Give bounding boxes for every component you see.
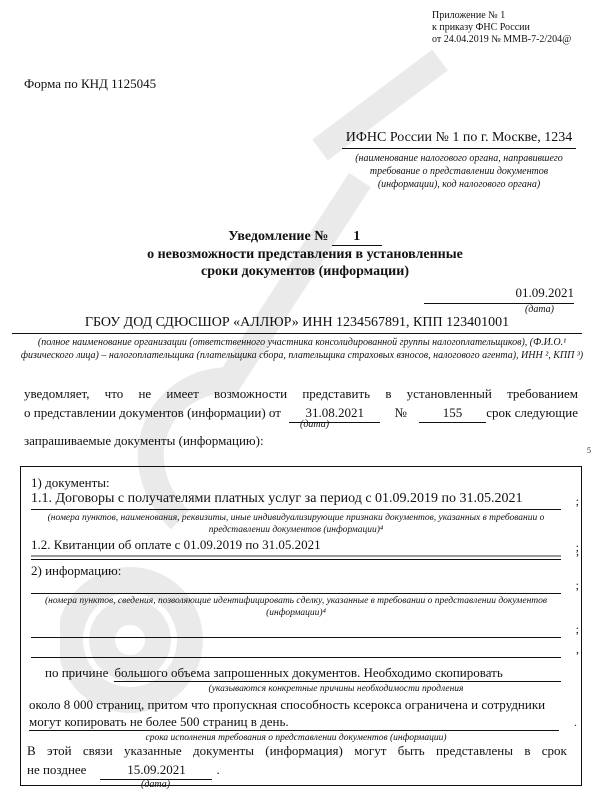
reason-field[interactable]: большого объема запрошенных документов. … bbox=[114, 665, 561, 682]
organization-caption: (полное наименование организации (ответс… bbox=[12, 336, 592, 362]
document-item-blank[interactable]: , bbox=[31, 545, 561, 560]
document-title: Уведомление № 1 о невозможности представ… bbox=[100, 228, 510, 280]
semicolon: ; bbox=[576, 578, 579, 593]
word: что bbox=[105, 384, 124, 403]
word: не bbox=[138, 384, 151, 403]
word: связи bbox=[83, 741, 113, 760]
reason-line-1: по причине большого объема запрошенных д… bbox=[45, 665, 561, 682]
word: могут bbox=[354, 741, 386, 760]
word: в bbox=[385, 384, 391, 403]
information-item-blank[interactable]: ; bbox=[31, 577, 561, 594]
closing-suffix: . bbox=[216, 760, 219, 779]
document-item-text: 1.1. Договоры с получателями платных усл… bbox=[31, 491, 523, 506]
appendix-line: Приложение № 1 bbox=[432, 10, 571, 22]
document-date-field[interactable]: 01.09.2021 bbox=[424, 285, 574, 304]
number-sign: № bbox=[394, 403, 406, 422]
word: В bbox=[27, 741, 36, 760]
information-item-blank[interactable]: , bbox=[31, 643, 561, 658]
appendix-reference: Приложение № 1 к приказу ФНС России от 2… bbox=[432, 10, 571, 46]
semicolon: ; bbox=[576, 622, 579, 637]
form-code: Форма по КНД 1125045 bbox=[24, 76, 156, 92]
reason-text: могут копировать не более 500 страниц в … bbox=[29, 714, 289, 729]
document-item-1-1[interactable]: 1.1. Договоры с получателями платных усл… bbox=[31, 491, 561, 510]
title-line: о невозможности представления в установл… bbox=[100, 246, 510, 263]
word: (информация) bbox=[265, 741, 343, 760]
documents-heading: 1) документы: bbox=[31, 475, 561, 491]
word: указанные bbox=[124, 741, 182, 760]
body-text: о представлении документов (информации) … bbox=[24, 403, 281, 422]
notice-body: уведомляет,чтонеимеетвозможностипредстав… bbox=[24, 384, 578, 423]
word: представлены bbox=[436, 741, 513, 760]
word: документы bbox=[193, 741, 254, 760]
documents-caption: (номера пунктов, наименования, реквизиты… bbox=[31, 512, 561, 536]
comma: , bbox=[576, 544, 579, 559]
comma: , bbox=[576, 642, 579, 657]
tax-authority-caption: (наименование налогового органа, направи… bbox=[342, 152, 576, 191]
requested-items-box: 1) документы: 1.1. Договоры с получателя… bbox=[20, 466, 582, 786]
page-marker: 5 bbox=[587, 446, 591, 455]
semicolon: ; bbox=[576, 494, 579, 509]
word: срок bbox=[542, 741, 567, 760]
closing-statement: Вэтойсвязиуказанныедокументы(информация)… bbox=[27, 741, 567, 780]
closing-prefix: не позднее bbox=[27, 760, 86, 779]
appendix-line: от 24.04.2019 № ММВ-7-2/204@ bbox=[432, 34, 571, 46]
tax-authority-field[interactable]: ИФНС России № 1 по г. Москве, 1234 bbox=[342, 130, 576, 149]
information-item-blank[interactable]: ; bbox=[31, 623, 561, 638]
reason-label: по причине bbox=[45, 665, 108, 682]
period: . bbox=[574, 715, 577, 730]
information-caption: (номера пунктов, сведения, позволяющие и… bbox=[31, 595, 561, 619]
request-date-caption: (дата) bbox=[300, 419, 329, 430]
new-deadline-field[interactable]: 15.09.2021 bbox=[100, 760, 212, 780]
word: быть bbox=[398, 741, 425, 760]
organization-field[interactable]: ГБОУ ДОД СДЮСШОР «АЛЛЮР» ИНН 1234567891,… bbox=[12, 315, 582, 334]
body-line: уведомляет,чтонеимеетвозможностипредстав… bbox=[24, 384, 578, 403]
body-text: срок следующие bbox=[486, 403, 578, 422]
appendix-line: к приказу ФНС России bbox=[432, 22, 571, 34]
word: имеет bbox=[166, 384, 198, 403]
word: возможности bbox=[214, 384, 287, 403]
request-number-field[interactable]: 155 bbox=[419, 403, 486, 423]
document-date-caption: (дата) bbox=[424, 304, 574, 315]
word: этой bbox=[47, 741, 72, 760]
reason-line-3[interactable]: могут копировать не более 500 страниц в … bbox=[29, 714, 559, 731]
word: требованием bbox=[507, 384, 578, 403]
new-deadline-caption: (дата) bbox=[141, 779, 170, 790]
word: уведомляет, bbox=[24, 384, 89, 403]
notice-number-field[interactable]: 1 bbox=[332, 228, 382, 246]
closing-line: Вэтойсвязиуказанныедокументы(информация)… bbox=[27, 741, 567, 760]
word: в bbox=[524, 741, 530, 760]
body-text: запрашиваемые документы (информацию): bbox=[24, 433, 264, 449]
title-line: сроки документов (информации) bbox=[100, 263, 510, 280]
word: представить bbox=[302, 384, 370, 403]
closing-line: не позднее 15.09.2021 . bbox=[27, 760, 567, 780]
reason-caption: (указываются конкретные причины необходи… bbox=[71, 683, 601, 695]
title-prefix: Уведомление № bbox=[228, 229, 328, 244]
word: установленный bbox=[407, 384, 492, 403]
reason-line-2[interactable]: около 8 000 страниц, притом что пропускн… bbox=[29, 697, 569, 713]
